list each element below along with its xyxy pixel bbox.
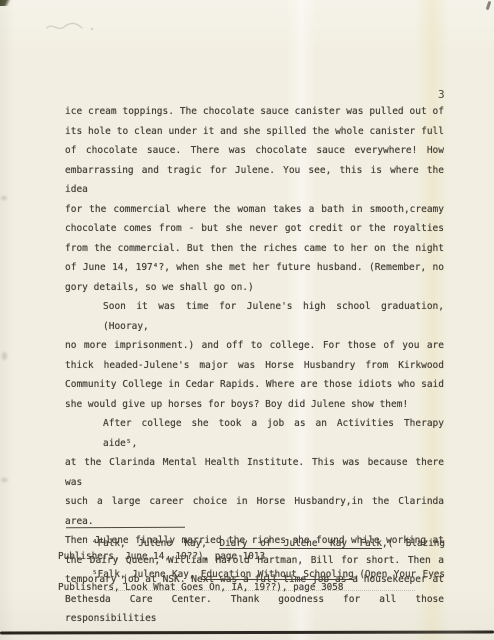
body-line: After college she took a job as an Activ… <box>65 414 444 453</box>
body-line: Community College in Cedar Rapids. Where… <box>65 375 444 395</box>
footnote-line: Publishers, Look What Goes On, IA, 19??)… <box>58 582 445 595</box>
footnotes-section: ⁴Falk, Julene Kay, Diary of Julene Kay F… <box>58 538 445 600</box>
corner-mark-icon <box>486 1 492 10</box>
scan-smudge <box>1 196 7 200</box>
body-line: of June 14, 197⁴?, when she met her futu… <box>65 258 444 278</box>
pencil-squiggle-mark <box>44 16 100 36</box>
scanned-page: 3 ice cream toppings. The chocolate sauc… <box>0 0 494 640</box>
scan-smudge <box>1 478 8 482</box>
scan-smudge <box>2 352 7 360</box>
body-line: at the Clarinda Mental Health Institute.… <box>65 453 444 492</box>
footnote-text: ,( Blazing <box>382 538 445 549</box>
footnote-title: Diary of Julene Kay Falk <box>219 538 382 549</box>
body-line: from the commercial. But then the riches… <box>65 239 444 259</box>
body-line: for the commercial where the woman takes… <box>65 200 444 220</box>
page-number: 3 <box>438 88 445 101</box>
body-line: embarrassing and tragic for Julene. You … <box>65 161 444 200</box>
body-line: she would give up horses for boys? Boy d… <box>65 395 444 415</box>
body-line: chocolate comes from - but she never got… <box>65 219 444 239</box>
footnote-text: Publishers, Look What Goes On, IA, 19??)… <box>58 582 343 593</box>
scan-edge-line <box>0 630 494 634</box>
footnote: ⁴Falk, Julene Kay, Diary of Julene Kay F… <box>58 538 445 563</box>
footnote-text: ⁴Falk, Julene Kay, <box>92 538 219 549</box>
body-line: thick headed-Julene's major was Horse Hu… <box>65 356 444 376</box>
body-line: gory details, so we shall go on.) <box>65 278 444 298</box>
body-line: Soon it was time for Julene's high schoo… <box>65 297 444 336</box>
body-line: such a large career choice in Horse Husb… <box>65 492 444 531</box>
body-line: of chocolate sauce. There was chocolate … <box>65 141 444 161</box>
footnote-line: ⁵Falk, Julene Kay, Education Without Sch… <box>58 569 445 582</box>
body-line: no more imprisonment.) and off to colleg… <box>65 336 444 356</box>
corner-mark-icon <box>0 0 12 6</box>
scan-artifact-line <box>105 590 415 591</box>
footnote-text: ,(Open Your Eyes <box>354 569 445 580</box>
footnote-text: Publishers, June 14, 19??), page 1013 <box>58 551 265 562</box>
footnote-line: Publishers, June 14, 19??), page 1013 <box>58 551 445 564</box>
footnote-line: ⁴Falk, Julene Kay, Diary of Julene Kay F… <box>58 538 445 551</box>
body-line: its hole to clean under it and she spill… <box>65 122 444 142</box>
footnote-text: ⁵Falk, Julene Kay, <box>92 569 201 580</box>
body-line: ice cream toppings. The chocolate sauce … <box>65 102 444 122</box>
footnote-title: Education Without Schooling <box>201 569 354 580</box>
